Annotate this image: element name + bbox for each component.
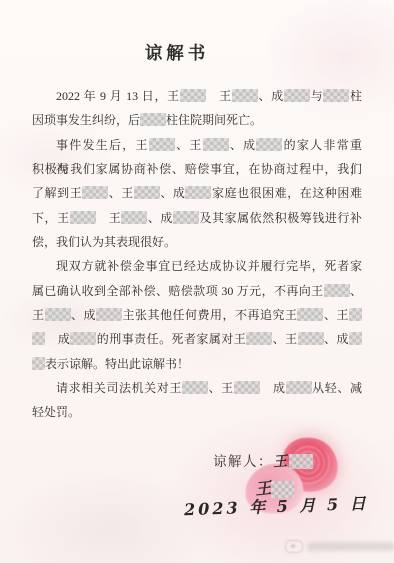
- redacted-name: [82, 186, 108, 199]
- redacted-name: [32, 332, 45, 345]
- redacted-name: [349, 308, 362, 321]
- text-line: 因琐事发生纠纷，后柱住院期间死亡。: [32, 108, 362, 132]
- text-segment: 的刑事责任。死者家属对王: [96, 332, 246, 346]
- text-line: 属已确认收到全部补偿、赔偿款项 30 万元，不再向王、: [32, 279, 362, 303]
- redacted-name: [297, 308, 323, 321]
- text-segment: 、成: [324, 332, 349, 346]
- text-line: 偿，我们认为其表现很好。: [32, 230, 362, 254]
- signer-label: 谅解人：: [213, 454, 273, 469]
- redacted-name: [349, 332, 362, 345]
- redacted-name: [96, 308, 122, 321]
- text-line: 2022 年 9 月 13 日，王 王、成与柱: [32, 84, 362, 108]
- text-segment: 、王: [175, 138, 203, 152]
- redacted-name: [182, 381, 208, 394]
- redacted-name: [256, 138, 282, 151]
- signature-line-1: 谅解人：王: [213, 450, 313, 471]
- redacted-name: [298, 332, 324, 345]
- text-segment: 王: [96, 211, 122, 225]
- camera-logo-icon: [285, 540, 303, 553]
- text-segment: 因琐事发生纠纷，后: [32, 113, 140, 127]
- text-line: 了解到王、王、成家庭也很困难，在这种困难: [32, 181, 362, 205]
- text-segment: 、: [350, 284, 362, 298]
- signer-name-1: 王: [272, 450, 289, 471]
- document-photo: { "page": { "paper_color": "#fbf4f1", "t…: [0, 0, 394, 563]
- redacted-name: [284, 89, 310, 102]
- document-body: 2022 年 9 月 13 日，王 王、成与柱因琐事发生纠纷，后柱住院期间死亡。…: [32, 84, 362, 425]
- text-segment: 现双方就补偿金事宜已经达成协议并履行完毕，死者家: [56, 259, 362, 273]
- redacted-name: [45, 308, 71, 321]
- text-segment: 柱: [349, 89, 362, 103]
- text-segment: 柱住院期间死亡。: [166, 113, 262, 127]
- text-line: 现双方就补偿金事宜已经达成协议并履行完毕，死者家: [32, 254, 362, 278]
- redacted-name: [173, 211, 199, 224]
- text-segment: 主张其他任何费用，不再追究王: [122, 308, 297, 322]
- text-line: 积极与我们家属协商补偿、赔偿事宜，在协商过程中，我们: [32, 157, 362, 181]
- redacted-name: [140, 113, 166, 126]
- text-line: 王、成主张其他任何费用，不再追究王、王: [32, 303, 362, 327]
- text-segment: 、成: [258, 89, 284, 103]
- text-segment: 、成: [71, 308, 97, 322]
- redacted-name: [232, 89, 258, 102]
- text-segment: 成: [260, 381, 286, 395]
- text-segment: 王: [206, 89, 232, 103]
- text-line: 请求相关司法机关对王、王 成从轻、减: [32, 376, 362, 400]
- text-line: 轻处罚。: [32, 400, 362, 424]
- redacted-name: [234, 381, 260, 394]
- text-line: 表示谅解。特出此谅解书！: [32, 352, 362, 376]
- text-segment: 、王: [108, 186, 134, 200]
- text-line: 成的刑事责任。死者家属对王、王、成: [32, 327, 362, 351]
- redacted-name: [121, 211, 147, 224]
- text-segment: 与: [310, 89, 323, 103]
- text-segment: 积极与我们家属协商补偿、赔偿事宜，在协商过程中，我们: [32, 162, 362, 176]
- redacted-name: [149, 138, 175, 151]
- text-segment: 王: [32, 308, 45, 322]
- text-segment: 轻处罚。: [32, 405, 80, 419]
- text-segment: 2022 年 9 月 13 日，王: [56, 89, 180, 103]
- text-segment: 成: [45, 332, 70, 346]
- redacted-name: [70, 332, 96, 345]
- text-segment: 、王: [272, 332, 297, 346]
- text-segment: 表示谅解。特出此谅解书！: [45, 357, 189, 371]
- text-line: 下，王 王、成及其家属依然积极筹钱进行补: [32, 206, 362, 230]
- text-segment: 、成: [160, 186, 186, 200]
- redacted-name: [289, 454, 313, 469]
- text-segment: 、王: [208, 381, 234, 395]
- redacted-name: [134, 186, 160, 199]
- text-segment: 事件发生后，王: [56, 138, 149, 152]
- redacted-name: [286, 381, 312, 394]
- text-segment: 从轻、减: [312, 381, 362, 395]
- redacted-name: [70, 211, 96, 224]
- text-line: 事件发生后，王、王、成的家人非常重视，: [32, 133, 362, 157]
- redacted-name: [180, 89, 206, 102]
- text-segment: 家庭也很困难，在这种困难: [211, 186, 362, 200]
- text-segment: 请求相关司法机关对王: [56, 381, 182, 395]
- text-segment: 及其家属依然积极筹钱进行补: [199, 211, 362, 225]
- text-segment: 、王: [323, 308, 349, 322]
- document-title: 谅解书: [0, 40, 374, 65]
- watermark: [285, 540, 394, 553]
- redacted-name: [203, 138, 229, 151]
- redacted-name: [246, 332, 272, 345]
- redacted-name: [324, 284, 350, 297]
- redacted-name: [323, 89, 349, 102]
- text-segment: 偿，我们认为其表现很好。: [32, 235, 176, 249]
- text-segment: 、成: [147, 211, 173, 225]
- redacted-name: [185, 186, 211, 199]
- redacted-name: [32, 357, 45, 370]
- signature-date: 2023 年 5 月 5 日: [184, 491, 369, 520]
- text-segment: 下，王: [32, 211, 70, 225]
- text-segment: 属已确认收到全部补偿、赔偿款项 30 万元，不再向王: [32, 284, 324, 298]
- text-segment: 了解到王: [32, 186, 82, 200]
- watermark-text-blur: [307, 542, 394, 551]
- text-segment: 、成: [229, 138, 257, 152]
